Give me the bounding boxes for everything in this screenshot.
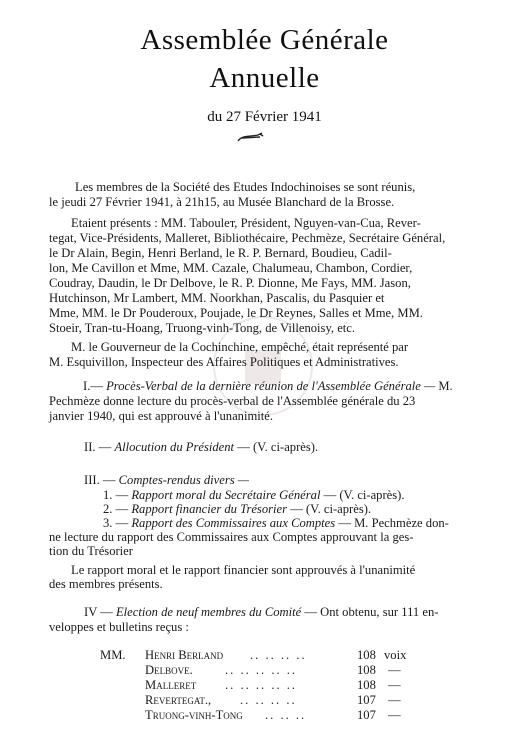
present-line-3: le Dr Alain, Begin, Henri Berland, le R.… bbox=[49, 246, 392, 260]
section-3-approval-1: Le rapport moral et le rapport financier… bbox=[71, 563, 415, 577]
section-3-heading: III. — Comptes-rendus divers — bbox=[84, 473, 249, 487]
present-line-6: Hutchinson, Mr Lambert, MM. Noorkhan, Pa… bbox=[49, 291, 384, 305]
vote-row: Delbove. bbox=[145, 663, 193, 678]
vote-unit: — bbox=[388, 663, 401, 678]
present-line-7: Mme, MM. le Dr Pouderoux, Poujade, le Dr… bbox=[49, 306, 423, 320]
page-subtitle: Annuelle bbox=[0, 62, 529, 95]
section-3-continuation-2: tion du Trésorier bbox=[49, 544, 133, 558]
vote-row: Revertegat., bbox=[145, 693, 211, 708]
section-3-item-1: 1. — Rapport moral du Secrétaire Général… bbox=[103, 488, 405, 502]
vote-row: Truong-vinh-Tong bbox=[145, 708, 243, 723]
section-3-approval-2: des membres présents. bbox=[49, 577, 163, 591]
vote-count: 107 bbox=[357, 693, 376, 708]
vote-leader: .. .. .. .. .. bbox=[225, 678, 297, 693]
vote-unit: — bbox=[388, 693, 401, 708]
governor-line-2: M. Esquivillon, Inspecteur des Affaires … bbox=[49, 355, 399, 369]
flourish-icon bbox=[236, 131, 266, 143]
vote-count: 108 bbox=[357, 648, 376, 663]
vote-leader: .. .. .. .. bbox=[240, 693, 297, 708]
section-1-line-3: janvier 1940, qui est approuvé à l'unani… bbox=[49, 409, 273, 423]
section-4-heading: IV — Election de neuf membres du Comité … bbox=[84, 605, 438, 619]
vote-count: 108 bbox=[357, 663, 376, 678]
intro-line-2: le jeudi 27 Février 1941, à 21h15, au Mu… bbox=[49, 195, 394, 209]
section-1-heading: I.— Procès-Verbal de la dernière réunion… bbox=[83, 379, 453, 393]
page-title: Assemblée Générale bbox=[0, 24, 529, 57]
vote-row: Henri Berland bbox=[145, 648, 223, 663]
section-1-line-2: Pechmèze donne lecture du procès-verbal … bbox=[49, 394, 415, 408]
vote-count: 108 bbox=[357, 678, 376, 693]
document-page: Assemblée Générale Annuelle du 27 Févrie… bbox=[0, 0, 529, 750]
vote-count: 107 bbox=[357, 708, 376, 723]
vote-unit: — bbox=[388, 678, 401, 693]
governor-line-1: M. le Gouverneur de la Cochinchine, empê… bbox=[71, 340, 408, 354]
section-2-heading: II. — Allocution du Président — (V. ci-a… bbox=[84, 440, 318, 454]
present-line-5: Coudray, Daudin, le Dr Delbove, le R. P.… bbox=[49, 276, 411, 290]
vote-leader: .. .. .. .. bbox=[250, 648, 307, 663]
vote-row: Malleret bbox=[145, 678, 196, 693]
section-4-line-2: veloppes et bulletins reçus : bbox=[49, 620, 189, 634]
section-3-item-2: 2. — Rapport financier du Trésorier — (V… bbox=[103, 502, 371, 516]
vote-unit: voix bbox=[384, 648, 406, 663]
present-line-2: tegat, Vice-Présidents, Malleret, Biblio… bbox=[49, 231, 445, 245]
present-line-4: lon, Me Cavillon et Mme, MM. Cazale, Cha… bbox=[49, 261, 412, 275]
meeting-date: du 27 Février 1941 bbox=[0, 109, 529, 126]
present-line-1: Etaient présents : MM. Tabouleт, Préside… bbox=[71, 216, 421, 230]
vote-unit: — bbox=[388, 708, 401, 723]
present-line-8: Stoeir, Tran-tu-Hoang, Truong-vinh-Tong,… bbox=[49, 321, 355, 335]
intro-line-1: Les membres de la Société des Etudes Ind… bbox=[75, 180, 415, 194]
vote-leader: .. .. .. bbox=[265, 708, 306, 723]
section-3-continuation-1: ne lecture du rapport des Commissaires a… bbox=[49, 530, 413, 544]
vote-leader: .. .. .. .. .. bbox=[225, 663, 297, 678]
votes-prefix: MM. bbox=[100, 648, 126, 663]
section-3-item-3: 3. — Rapport des Commissaires aux Compte… bbox=[103, 516, 449, 530]
